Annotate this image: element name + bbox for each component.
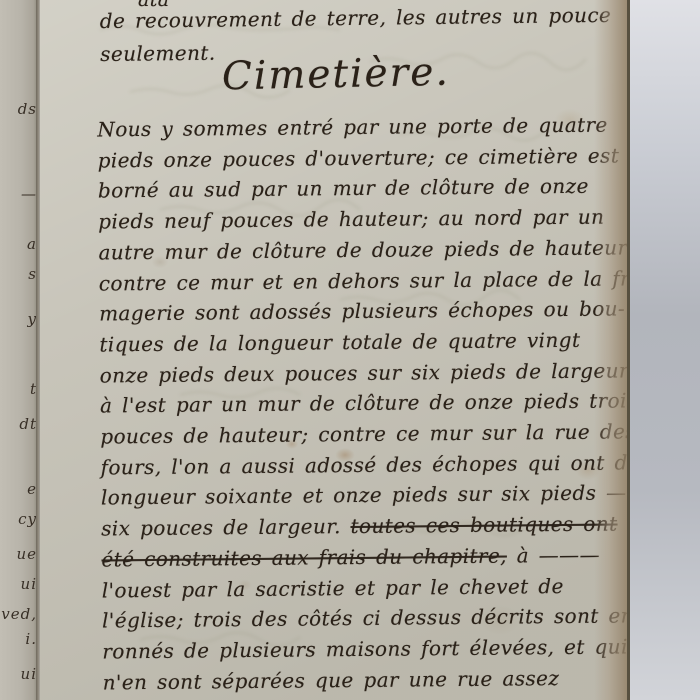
struck-text-segment: été construites aux frais du chapitre,	[101, 543, 507, 571]
text-segment: pieds neuf pouces de hauteur; au nord pa…	[98, 205, 604, 234]
text-segment: l'ouest par la sacristie et par le cheve…	[102, 574, 564, 602]
manuscript-line: six pouces de largeur. toutes ces boutiq…	[101, 509, 613, 545]
manuscript-line: à l'est par un mur de clôture de onze pi…	[100, 386, 612, 422]
text-segment: autre mur de clôture de douze pieds de h…	[98, 235, 627, 264]
section-heading-cimetiere: Cimetière.	[222, 50, 451, 100]
text-segment: tiques de la longueur totale de quatre v…	[99, 328, 580, 357]
manuscript-line: été construites aux frais du chapitre, à…	[101, 539, 613, 575]
facing-page-text-fragment: ds	[18, 100, 37, 118]
manuscript-line: l'ouest par la sacristie et par le cheve…	[102, 570, 614, 606]
manuscript-line: l'église; trois des côtés ci dessus décr…	[102, 601, 614, 637]
manuscript-line: de recouvrement de terre, les autres un …	[100, 0, 600, 38]
text-segment: pieds onze pouces d'ouverture; ce cimeti…	[98, 143, 620, 172]
manuscript-line: onze pieds deux pouces sur six pieds de …	[100, 355, 612, 391]
page-right-deckle-edge	[594, 0, 630, 700]
manuscript-line: ronnés de plusieurs maisons fort élevées…	[102, 631, 614, 667]
text-segment: Nous y sommes entré par une porte de qua…	[97, 113, 608, 142]
manuscript-line: pieds neuf pouces de hauteur; au nord pa…	[98, 202, 610, 238]
manuscript-line: pieds onze pouces d'ouverture; ce cimeti…	[98, 140, 610, 176]
manuscript-line: pouces de hauteur; contre ce mur sur la …	[100, 417, 612, 453]
body-paragraph: Nous y sommes entré par une porte de qua…	[97, 110, 615, 698]
manuscript-line: tiques de la longueur totale de quatre v…	[99, 324, 611, 360]
facing-page-text-fragment: ui	[21, 575, 37, 593]
facing-page-text-fragment: cy	[18, 510, 37, 528]
manuscript-line: magerie sont adossés plusieurs échopes o…	[99, 294, 611, 330]
text-segment: n'en sont séparées que par une rue assez	[103, 666, 560, 694]
text-segment: ronnés de plusieurs maisons fort élevées…	[102, 634, 628, 663]
manuscript-line: longueur soixante et onze pieds sur six …	[101, 478, 613, 514]
manuscript-line: fours, l'on a aussi adossé des échopes q…	[100, 447, 612, 483]
facing-page-text-fragment: ved,	[1, 605, 37, 623]
facing-page-text-fragment: ui	[21, 665, 37, 683]
manuscript-line: borné au sud par un mur de clôture de on…	[98, 171, 610, 207]
facing-page-text-fragment: ue	[16, 545, 37, 563]
facing-page-edge: ds—asytdtecyueuived,i.ui	[0, 0, 38, 700]
text-segment: borné au sud par un mur de clôture de on…	[98, 174, 589, 203]
text-segment: à ———	[507, 543, 600, 568]
text-segment: onze pieds deux pouces sur six pieds de …	[100, 358, 630, 387]
manuscript-line: contre ce mur et en dehors sur la place …	[99, 263, 611, 299]
facing-page-text-fragment: —	[21, 185, 37, 203]
text-segment: fours, l'on a aussi adossé des échopes q…	[100, 450, 630, 479]
facing-page-text-fragment: dt	[19, 415, 37, 433]
manuscript-line: autre mur de clôture de douze pieds de h…	[98, 232, 610, 268]
text-segment: à l'est par un mur de clôture de onze pi…	[100, 389, 630, 418]
manuscript-photograph: ds—asytdtecyueuived,i.ui ata de recouvre…	[0, 0, 700, 700]
text-segment: contre ce mur et en dehors sur la place …	[99, 266, 630, 295]
text-segment: six pouces de largeur.	[101, 514, 351, 540]
struck-text-segment: toutes ces boutiques ont	[350, 512, 617, 539]
manuscript-line: n'en sont séparées que par une rue assez	[103, 662, 615, 698]
text-segment: longueur soixante et onze pieds sur six …	[101, 481, 627, 510]
text-segment: l'église; trois des côtés ci dessus décr…	[102, 603, 630, 632]
manuscript-page: ata de recouvrement de terre, les autres…	[40, 0, 630, 700]
text-segment: pouces de hauteur; contre ce mur sur la …	[100, 419, 630, 448]
text-segment: magerie sont adossés plusieurs échopes o…	[99, 297, 625, 326]
manuscript-line: Nous y sommes entré par une porte de qua…	[97, 110, 609, 146]
